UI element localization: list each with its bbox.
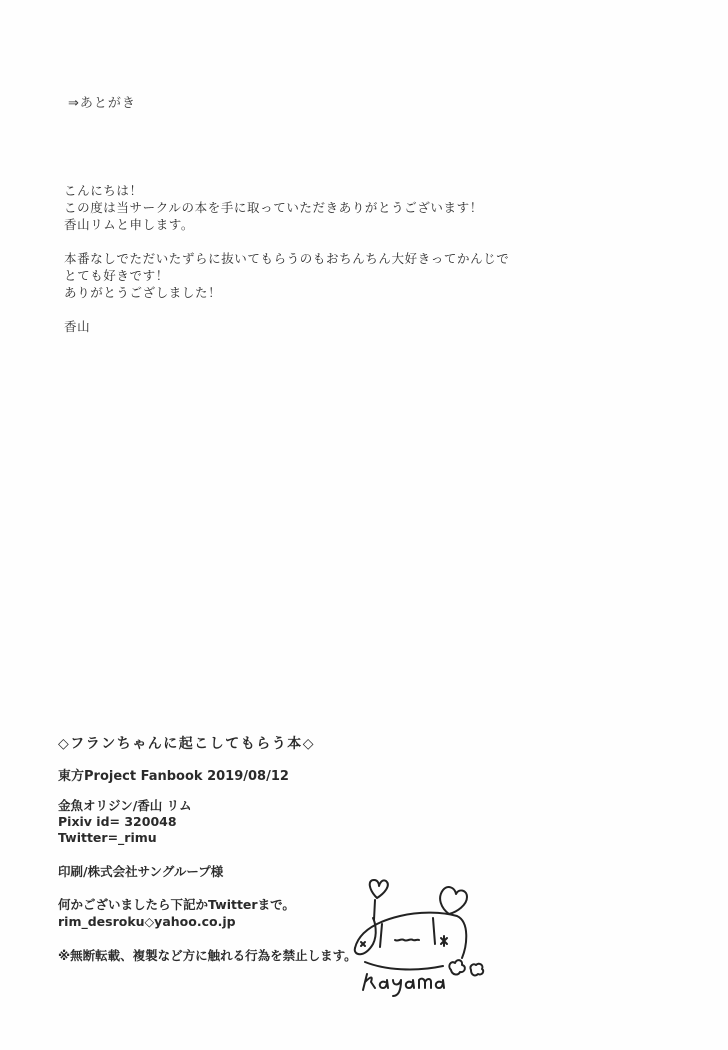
contact-email: rim_desroku◇yahoo.co.jp (58, 913, 357, 930)
contact-info: 何かございましたら下記かTwitterまで。 rim_desroku◇yahoo… (58, 896, 357, 930)
colophon: ◇フランちゃんに起こしてもらう本◇ 東方Project Fanbook 2019… (58, 733, 357, 964)
afterword-letter: こんにちは！ この度は当サークルの本を手に取っていただきありがとうございます！ … (64, 182, 509, 335)
letter-line: 本番なしでただいたずらに抜いてもらうのもおちんちん大好きってかんじで (64, 250, 509, 267)
letter-line: とても好きです！ (64, 267, 509, 284)
book-title: ◇フランちゃんに起こしてもらう本◇ (58, 733, 357, 753)
letter-signoff: 香山 (64, 318, 509, 335)
letter-line: こんにちは！ (64, 182, 509, 199)
pixiv-id: Pixiv id= 320048 (58, 814, 357, 830)
author-info: 金魚オリジン/香山 リム Pixiv id= 320048 Twitter=_r… (58, 798, 357, 846)
copyright-notice: ※無断転載、複製など方に触れる行為を禁止します。 (58, 946, 357, 964)
letter-line: 香山リムと申します。 (64, 216, 509, 233)
signature-icon (345, 870, 505, 1000)
book-subtitle: 東方Project Fanbook 2019/08/12 (58, 765, 357, 784)
twitter-handle: Twitter=_rimu (58, 830, 357, 846)
printer-info: 印刷/株式会社サングループ様 (58, 862, 357, 880)
circle-author: 金魚オリジン/香山 リム (58, 798, 357, 814)
contact-note: 何かございましたら下記かTwitterまで。 (58, 896, 357, 913)
paragraph-gap (64, 233, 509, 250)
letter-line: この度は当サークルの本を手に取っていただきありがとうございます！ (64, 199, 509, 216)
afterword-heading: ⇒あとがき (68, 92, 136, 111)
afterword-page: ⇒あとがき こんにちは！ この度は当サークルの本を手に取っていただきありがとうご… (0, 0, 728, 1050)
letter-line: ありがとうござしました！ (64, 284, 509, 301)
